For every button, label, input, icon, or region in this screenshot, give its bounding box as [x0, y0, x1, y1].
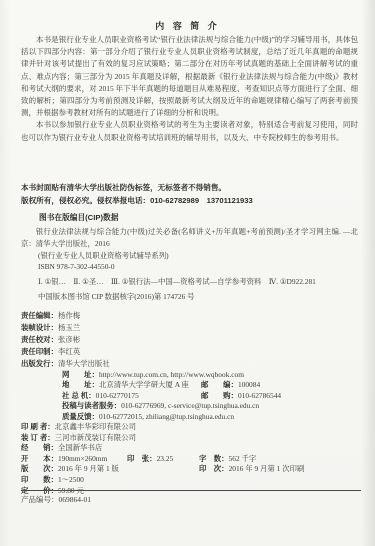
intro-paragraph-1: 本书是银行业专业人员职业资格考试“银行业法律法规与综合能力(中级)”的学习辅导用…: [21, 34, 358, 119]
row-label: 印 数：: [21, 475, 58, 484]
copyright-page: 内 容 简 介 本书是银行业专业人员职业资格考试“银行业法律法规与综合能力(中级…: [0, 0, 375, 546]
credit-value: 张彦彬: [58, 335, 80, 344]
product-number-label: 产品编号：: [21, 495, 59, 504]
content-summary-title: 内 容 简 介: [0, 19, 375, 32]
row-value: 2016 年 9 月第 1 版: [58, 464, 119, 473]
publishing-row-format: 开 本：190mm×260mm 印 张：23.25 字 数：562 千字: [21, 453, 361, 464]
row-value: 北京鑫丰华彩印有限公司: [55, 422, 136, 431]
cip-record-number: 中国版本图书馆 CIP 数据核字(2016)第 174726 号: [21, 291, 358, 303]
cip-classification: Ⅰ. ①银… Ⅱ. ①圣… Ⅲ. ①银行法—中国—资格考试—自学参考资料 Ⅳ. …: [21, 276, 358, 288]
publishing-row-publisher: 出版发行：清华大学出版社: [21, 358, 361, 369]
publishing-row-website: 网 址：http://www.tup.com.cn, http://www.wq…: [21, 369, 361, 380]
publishing-row-switchboard: 社 总 机：010-62770175 邮 购：010-62786544: [21, 390, 361, 401]
row-label: 版 次：: [21, 464, 58, 473]
row-value3: 562 千字: [229, 454, 257, 463]
row-label: 印 刷 者：: [21, 422, 55, 431]
cip-series: (银行业专业人员职业资格考试辅导系列): [21, 250, 358, 262]
row-value: 全国新华书店: [58, 443, 102, 452]
row-value2: 2016 年 9 月第 1 次印刷: [229, 464, 305, 473]
anti-piracy-line: 本书封面贴有清华大学出版社防伪标签，无标签者不得销售。: [21, 181, 361, 194]
mail-order-cell: 邮 购：010-62786544: [201, 390, 281, 401]
row-label: 经 销：: [21, 443, 58, 452]
word-count-cell: 字 数：562 千字: [199, 453, 256, 464]
row-value: 010-62770175: [96, 391, 139, 400]
divider: [21, 490, 361, 491]
credit-label: 责任编辑：: [21, 311, 58, 320]
row-label: 质量反馈：: [62, 412, 99, 421]
row-label3: 字 数：: [199, 454, 229, 463]
credit-row-proofreader: 责任校对：张彦彬: [21, 334, 361, 346]
credit-value: 杨作梅: [58, 311, 80, 320]
row-label: 装 订 者：: [21, 433, 55, 442]
publishing-row-quality-feedback: 质量反馈：010-62772015, zhiliang@tup.tsinghua…: [21, 411, 361, 422]
product-number-value: 069864-01: [59, 495, 92, 504]
publishing-row-binder: 装 订 者：三河市新茂装订有限公司: [21, 432, 361, 443]
row-value: 清华大学出版社: [58, 359, 110, 368]
credit-value: 李红英: [58, 347, 80, 356]
content-summary: 本书是银行业专业人员职业资格考试“银行业法律法规与综合能力(中级)”的学习辅导用…: [21, 34, 358, 144]
row-label2: 印 张：: [127, 454, 157, 463]
copyright-line: 版权所有，侵权必究。侵权举报电话：010-62782989 1370112193…: [21, 194, 361, 207]
row-label: 出版发行：: [21, 359, 58, 368]
row-value: 190mm×260mm: [58, 454, 107, 463]
impression-cell: 印 次：2016 年 9 月第 1 次印刷: [199, 463, 304, 474]
cip-block: 银行业法律法规与综合能力(中级)过关必备(名师讲义+历年真题+考前预测)/圣才学…: [21, 226, 358, 303]
credit-row-print-supervisor: 责任印制：李红英: [21, 346, 361, 358]
row-value: http://www.tup.com.cn, http://www.wqbook…: [99, 370, 244, 379]
credit-value: 杨玉兰: [58, 323, 80, 332]
row-label2: 邮 购：: [201, 391, 238, 400]
colophon: 责任编辑：杨作梅 装帧设计：杨玉兰 责任校对：张彦彬 责任印制：李红英 出版发行…: [21, 310, 361, 495]
publishing-row-print-run: 印 数：1～2500: [21, 474, 361, 485]
row-value: 010-62772015, zhiliang@tup.tsinghua.edu.…: [99, 412, 234, 421]
row-value: 1～2500: [58, 475, 84, 484]
anti-piracy-notice: 本书封面贴有清华大学出版社防伪标签，无标签者不得销售。 版权所有，侵权必究。侵权…: [21, 181, 361, 207]
row-value2: 100084: [238, 380, 260, 389]
intro-paragraph-2: 本书以参加银行业专业人员职业资格考试的考生为主要读者对象，特别适合考前复习使用，…: [21, 119, 358, 143]
row-label2: 印 次：: [199, 464, 229, 473]
publishing-row-address: 地 址：北京清华大学学研大厦 A 座 邮 编：100084: [21, 379, 361, 390]
row-label: 开 本：: [21, 454, 58, 463]
product-number: 产品编号：069864-01: [21, 494, 91, 505]
postcode-cell: 邮 编：100084: [201, 379, 260, 390]
credit-row-editor: 责任编辑：杨作梅: [21, 310, 361, 322]
row-value2: 23.25: [157, 454, 174, 463]
publishing-row-edition: 版 次：2016 年 9 月第 1 版 印 次：2016 年 9 月第 1 次印…: [21, 463, 361, 474]
row-value2: 010-62786544: [238, 391, 281, 400]
row-label: 社 总 机：: [62, 391, 96, 400]
publishing-row-distributor: 经 销：全国新华书店: [21, 442, 361, 453]
credit-row-designer: 装帧设计：杨玉兰: [21, 322, 361, 334]
isbn-line: ISBN 978-7-302-44550-0: [21, 261, 358, 273]
row-label: 投稿与读者服务：: [62, 401, 121, 410]
sheets-cell: 印 张：23.25: [127, 453, 173, 464]
cip-entry: 银行业法律法规与综合能力(中级)过关必备(名师讲义+历年真题+考前预测)/圣才学…: [21, 226, 358, 250]
row-value: 北京清华大学学研大厦 A 座: [99, 380, 189, 389]
publishing-row-reader-service: 投稿与读者服务：010-62776969, c-service@tup.tsin…: [21, 400, 361, 411]
row-label: 地 址：: [62, 380, 99, 389]
cip-header: 图书在版编目(CIP)数据: [39, 212, 118, 223]
credit-label: 装帧设计：: [21, 323, 58, 332]
publishing-row-printer: 印 刷 者：北京鑫丰华彩印有限公司: [21, 421, 361, 432]
row-value: 010-62776969, c-service@tup.tsinghua.edu…: [121, 401, 259, 410]
credit-label: 责任校对：: [21, 335, 58, 344]
row-value: 三河市新茂装订有限公司: [55, 433, 136, 442]
credit-label: 责任印制：: [21, 347, 58, 356]
row-label: 网 址：: [62, 370, 99, 379]
row-label2: 邮 编：: [201, 380, 238, 389]
